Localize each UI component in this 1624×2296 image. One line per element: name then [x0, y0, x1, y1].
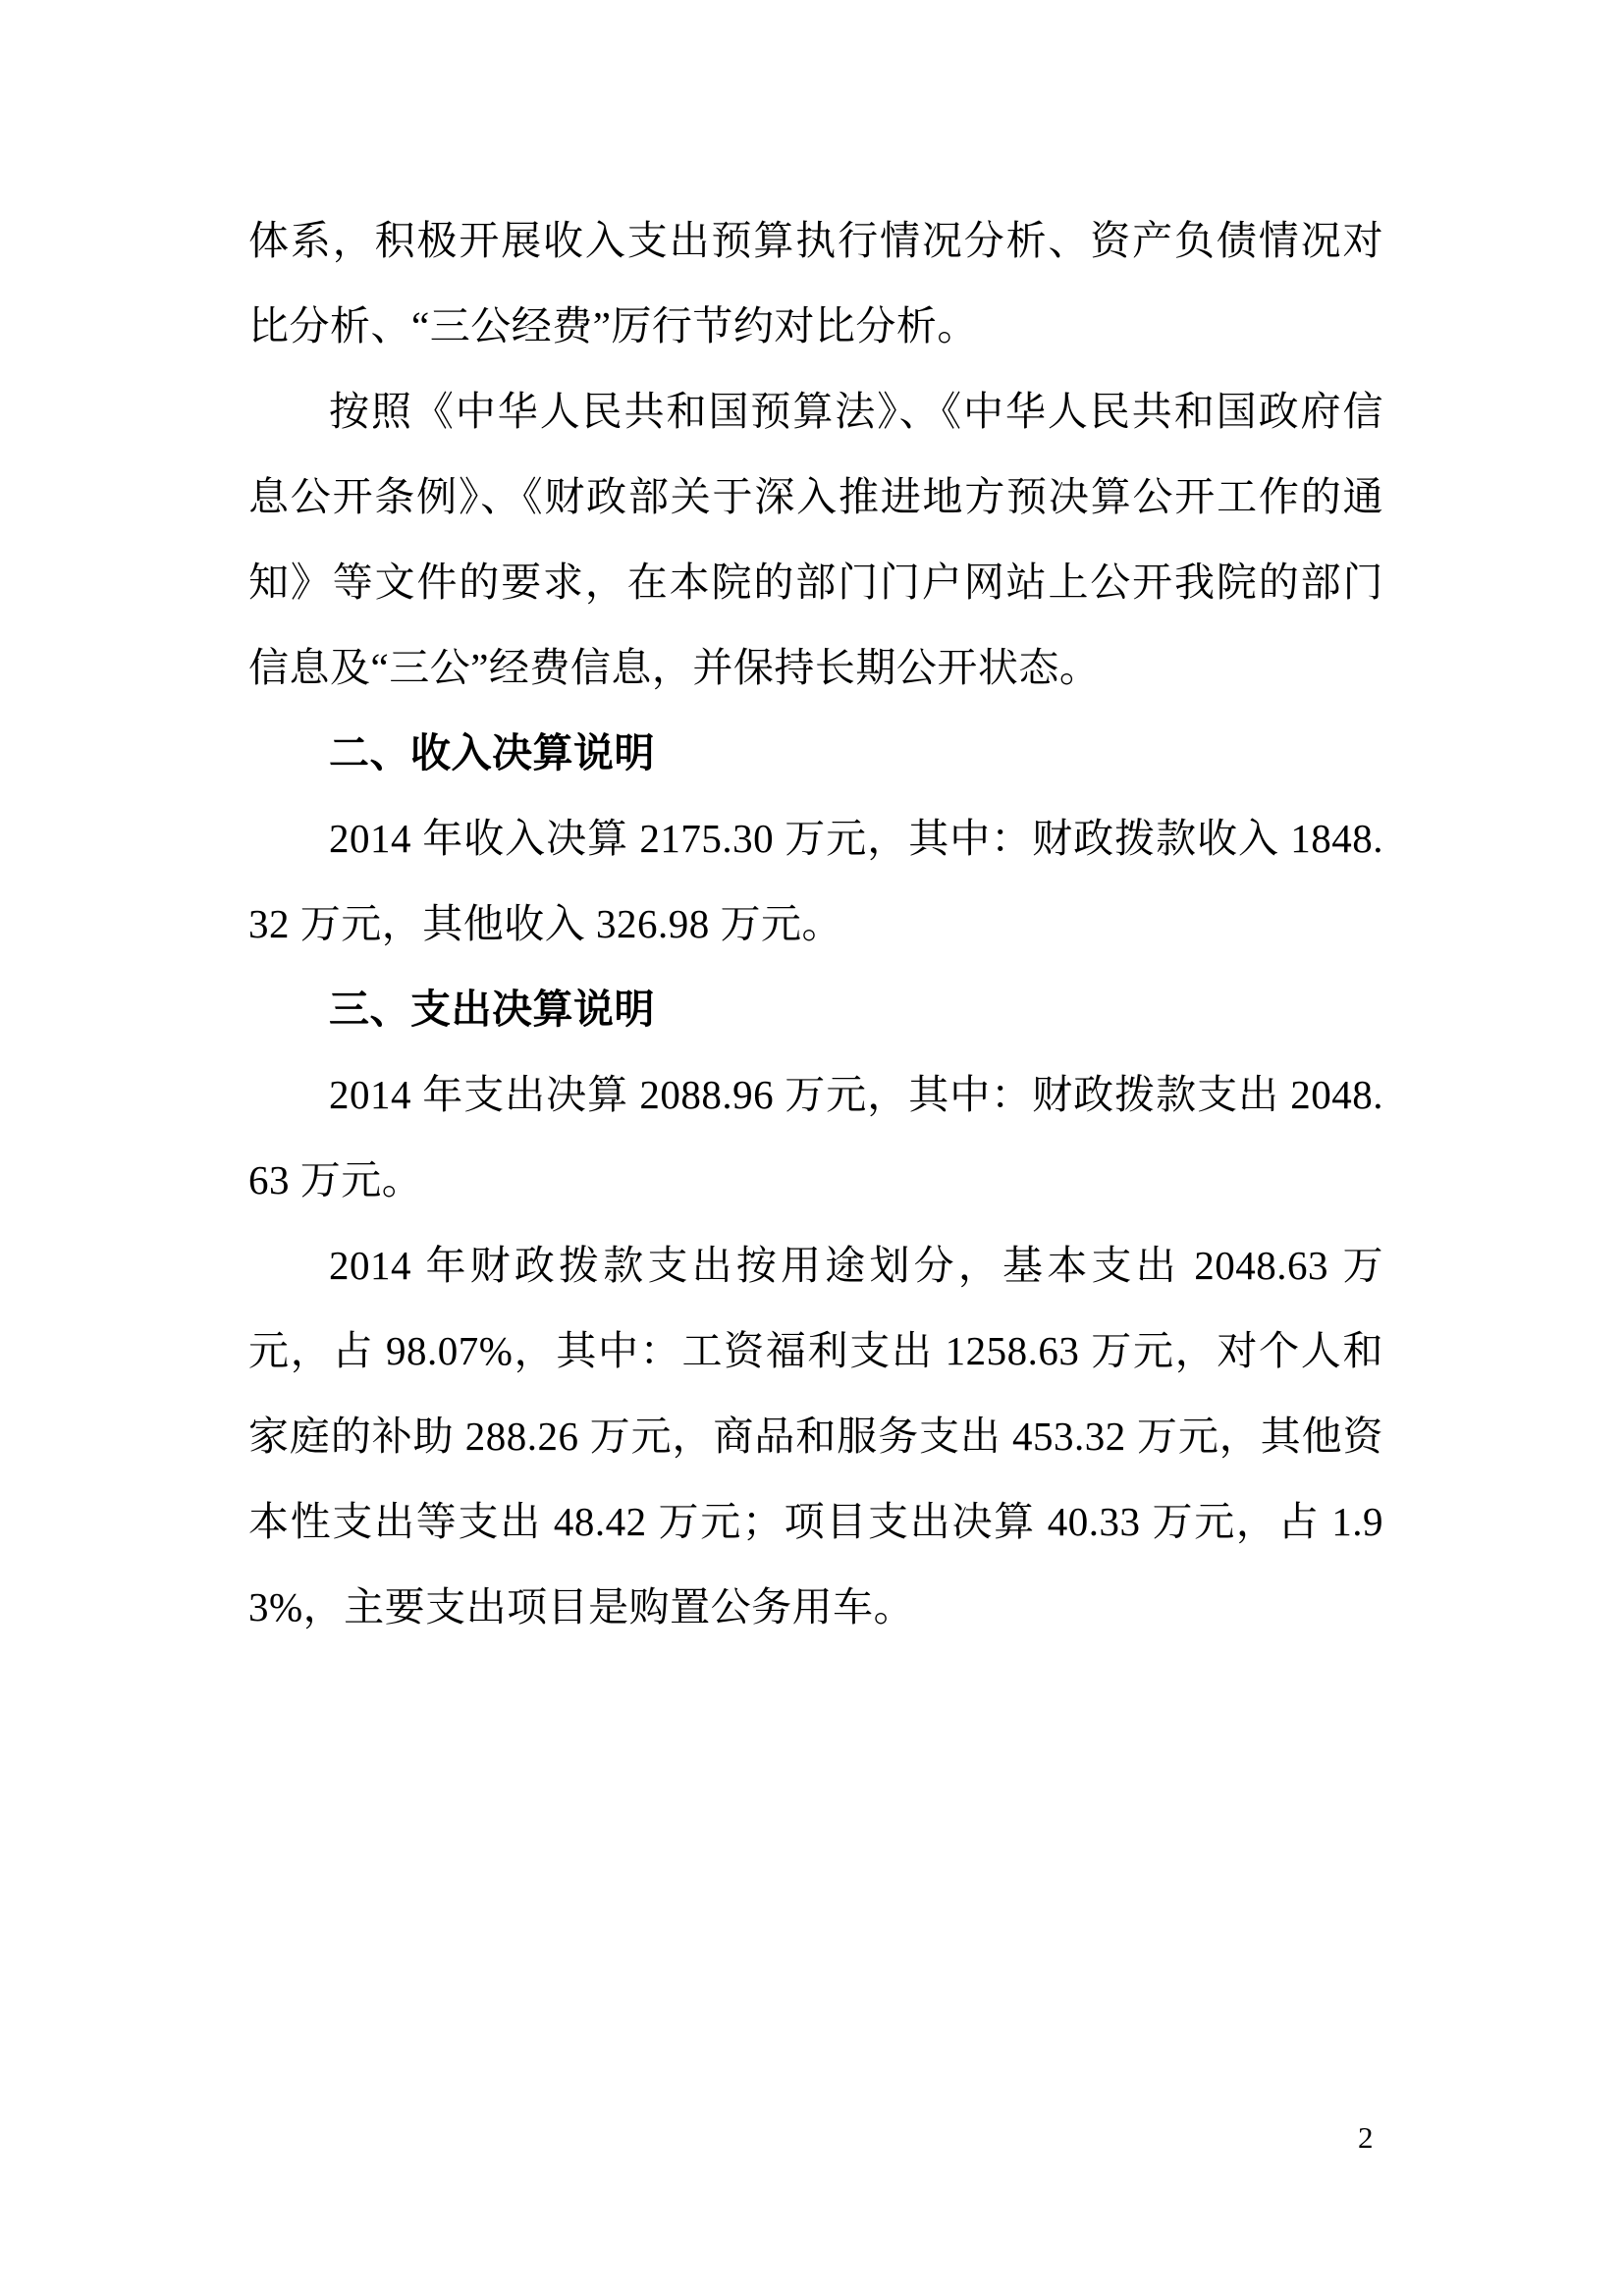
paragraph-expenditure-total: 2014 年支出决算 2088.96 万元，其中：财政拨款支出 2048.63 …	[248, 1052, 1383, 1223]
paragraph-income-detail: 2014 年收入决算 2175.30 万元，其中：财政拨款收入 1848.32 …	[248, 796, 1383, 967]
paragraph-disclosure-basis: 按照《中华人民共和国预算法》、《中华人民共和国政府信息公开条例》、《财政部关于深…	[248, 369, 1383, 711]
section-heading-income: 二、收入决算说明	[248, 711, 1383, 796]
paragraph-expenditure-breakdown: 2014 年财政拨款支出按用途划分，基本支出 2048.63 万元，占 98.0…	[248, 1223, 1383, 1650]
document-page: 体系，积极开展收入支出预算执行情况分析、资产负债情况对比分析、“三公经费”厉行节…	[0, 0, 1624, 2296]
document-body: 体系，积极开展收入支出预算执行情况分析、资产负债情况对比分析、“三公经费”厉行节…	[248, 198, 1383, 1650]
paragraph-continued: 体系，积极开展收入支出预算执行情况分析、资产负债情况对比分析、“三公经费”厉行节…	[248, 198, 1383, 369]
section-heading-expenditure: 三、支出决算说明	[248, 967, 1383, 1052]
page-number: 2	[1358, 2118, 1374, 2158]
